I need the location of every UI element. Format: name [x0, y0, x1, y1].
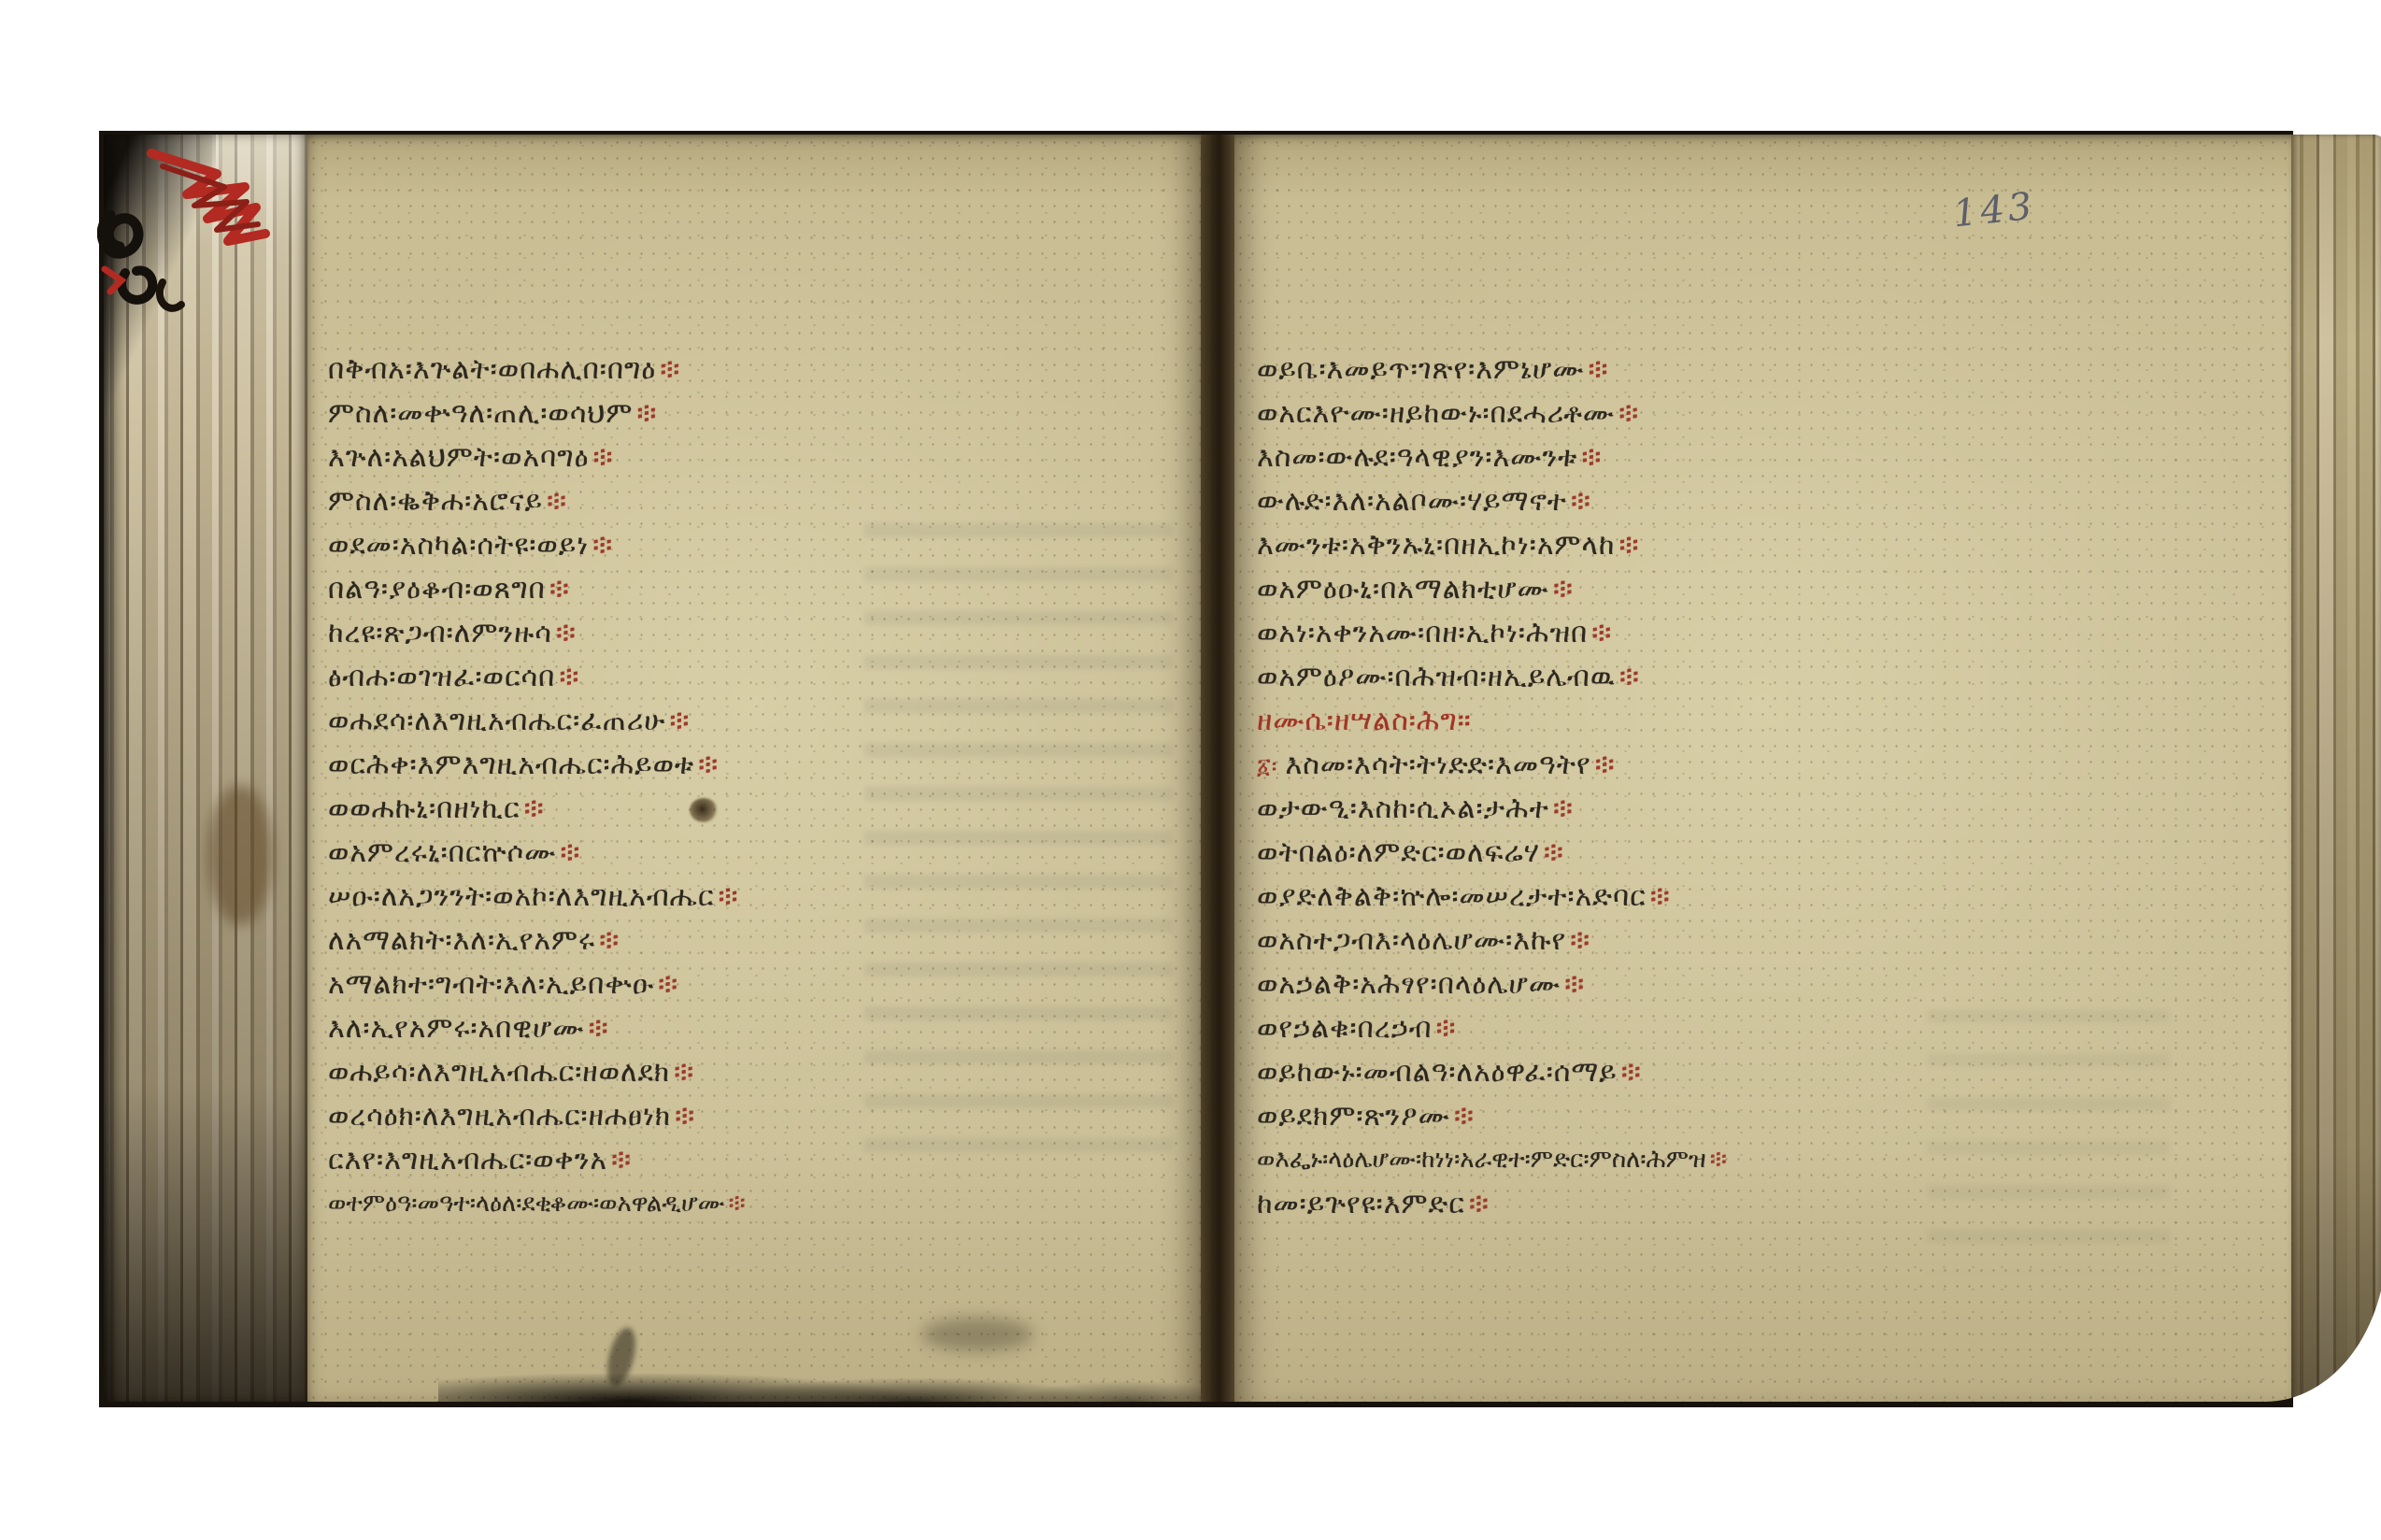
verse-number: ፩፡	[1257, 753, 1277, 779]
section-separator-mark: ፨	[1589, 353, 1609, 386]
line-text: ወርሕቀ፡እምእግዚአብሔር፡ሕይወቱ	[328, 749, 694, 781]
line-text: እለ፡ኢየአምሩ፡አበዊሆሙ	[328, 1012, 585, 1045]
line-text: እሙንቱ፡አቅንኡኒ፡በዘኢኮነ፡አምላከ	[1257, 529, 1615, 562]
section-separator-mark: ፨	[1544, 836, 1564, 869]
manuscript-line: ወይደክም፡ጽንዖሙ፨	[1257, 1094, 2280, 1138]
section-separator-mark: ፨	[1564, 968, 1585, 1001]
section-separator-mark: ፨	[524, 792, 545, 825]
line-text: ወአምረሩኒ፡በርኵሶሙ	[328, 836, 556, 869]
manuscript-line: ወይቤ፡እመይጥ፡ገጽየ፡እምኔሆሙ፨	[1257, 348, 2280, 392]
section-separator-mark: ፨	[1553, 792, 1574, 825]
section-separator-mark: ፨	[611, 1144, 632, 1176]
section-separator-mark: ፨	[1436, 1012, 1457, 1045]
manuscript-line: ወርሕቀ፡እምእግዚአብሔር፡ሕይወቱ፨	[328, 743, 1188, 787]
line-text: ወይቤ፡እመይጥ፡ገጽየ፡እምኔሆሙ	[1257, 353, 1585, 386]
section-separator-mark: ፨	[1553, 573, 1574, 606]
line-text: ወአምዕዑኒ፡በአማልክቲሆሙ	[1257, 573, 1549, 606]
section-separator-mark: ፨	[589, 1012, 609, 1045]
line-text: ወአርእዮሙ፡ዘይከውኑ፡በደሓሪቶሙ	[1257, 397, 1615, 430]
left-fore-edge	[104, 135, 307, 1402]
right-page-group: 143 ወይቤ፡እመይጥ፡ገጽየ፡እምኔሆሙ፨ወአርእዮሙ፡ዘይከውኑ፡በደሓሪ…	[1234, 135, 2381, 1402]
manuscript-line: በቅብአ፡እጕልት፡ወበሐሊበ፡በግዕ፨	[328, 348, 1188, 392]
left-page-text: በቅብአ፡እጕልት፡ወበሐሊበ፡በግዕ፨ምስለ፡መቍዓለ፡ጠሊ፡ወሳህም፨እጕለ…	[328, 348, 1188, 1226]
section-separator-mark: ፨	[1591, 617, 1612, 649]
section-separator-mark: ፨	[674, 1056, 694, 1089]
line-text: ወአምዕዖሙ፡በሕዝብ፡ዘኢይሌብዉ	[1257, 661, 1616, 693]
manuscript-line: ከረዩ፡ጽጋብ፡ለምንዙሳ፨	[328, 611, 1188, 655]
line-text: ወወሐኩኒ፡በዘነኪር	[328, 792, 520, 825]
manuscript-line: ለአማልክት፡እለ፡ኢየአምሩ፨	[328, 919, 1188, 962]
line-text: ወታውዒ፡እስከ፡ሲኦል፡ታሕተ	[1257, 792, 1549, 825]
line-text: ከረዩ፡ጽጋብ፡ለምንዙሳ	[328, 617, 552, 649]
manuscript-line: ሠዑ፡ለአጋንንት፡ወአኮ፡ለእግዚአብሔር፨	[328, 875, 1188, 919]
section-separator-mark: ፨	[559, 661, 579, 693]
manuscript-line: ወአኃልቅ፡አሕፃየ፡በላዕሌሆሙ፨	[1257, 962, 2280, 1006]
backdrop-shadow-wedge	[104, 135, 216, 415]
rubric-line: ዘሙሴ፡ዘሣልስ፡ሕግ።	[1257, 699, 2280, 743]
manuscript-line: ከመ፡ይጕየዩ፡እምድር፨	[1257, 1182, 2280, 1226]
binding-gutter	[1201, 135, 1234, 1402]
manuscript-line: ወታውዒ፡እስከ፡ሲኦል፡ታሕተ፨	[1257, 787, 2280, 831]
manuscript-line: ምስለ፡ቈቅሐ፡አሮናይ፨	[328, 479, 1188, 523]
section-separator-mark: ፨	[1595, 749, 1616, 781]
manuscript-line: ወአርእዮሙ፡ዘይከውኑ፡በደሓሪቶሙ፨	[1257, 392, 2280, 435]
section-separator-mark: ፨	[1710, 1146, 1727, 1174]
section-separator-mark: ፨	[636, 397, 657, 430]
section-separator-mark: ፨	[592, 529, 613, 562]
line-text: እስመ፡እሳት፡ትነድድ፡እመዓትየ	[1285, 749, 1590, 781]
line-text: ወአስተጋብእ፡ላዕሌሆሙ፡እኩየ	[1257, 924, 1566, 957]
section-separator-mark: ፨	[669, 705, 690, 737]
manuscript-line: ወደመ፡አስካል፡ሰትዩ፡ወይነ፨	[328, 523, 1188, 567]
line-text: ለአማልክት፡እለ፡ኢየአምሩ	[328, 924, 595, 957]
section-separator-mark: ፨	[1469, 1188, 1490, 1220]
section-separator-mark: ፨	[592, 441, 613, 474]
section-separator-mark: ፨	[1581, 441, 1602, 474]
line-text: ወአነ፡አቀንአሙ፡በዘ፡ኢኮነ፡ሕዝበ	[1257, 617, 1588, 649]
line-text: ፅብሐ፡ወገዝፈ፡ወርሳበ	[328, 661, 555, 693]
manuscript-line: ወሐይሳ፡ለእግዚአብሔር፡ዘወለደክ፨	[328, 1050, 1188, 1094]
line-text: ወሐደሳ፡ለእግዚአብሔር፡ፈጠሪሁ	[328, 705, 665, 737]
bottom-edge-shadow	[438, 1374, 1201, 1402]
section-separator-mark: ፨	[599, 924, 620, 957]
manuscript-line: ወአስተጋብእ፡ላዕሌሆሙ፡እኩየ፨	[1257, 919, 2280, 962]
manuscript-line: በልዓ፡ያዕቆብ፡ወጸግበ፨	[328, 567, 1188, 611]
manuscript-line: እለ፡ኢየአምሩ፡አበዊሆሙ፨	[328, 1006, 1188, 1050]
line-text: ወይደክም፡ጽንዖሙ	[1257, 1100, 1450, 1133]
line-text: ዘሙሴ፡ዘሣልስ፡ሕግ።	[1257, 705, 1472, 737]
line-text: ወደመ፡አስካል፡ሰትዩ፡ወይነ	[328, 529, 589, 562]
manuscript-book: በቅብአ፡እጕልት፡ወበሐሊበ፡በግዕ፨ምስለ፡መቍዓለ፡ጠሊ፡ወሳህም፨እጕለ…	[99, 131, 2293, 1407]
manuscript-line: ወያድለቅልቅ፡ኵሎ፡መሠረታተ፡አድባር፨	[1257, 875, 2280, 919]
folio-number: 143	[1951, 185, 2038, 236]
right-page: 143 ወይቤ፡እመይጥ፡ገጽየ፡እምኔሆሙ፨ወአርእዮሙ፡ዘይከውኑ፡በደሓሪ…	[1234, 135, 2291, 1402]
manuscript-line: ወእፌኑ፡ላዕሌሆሙ፡ከነነ፡አራዊተ፡ምድር፡ምስለ፡ሕምዝ፨	[1257, 1138, 2280, 1182]
section-separator-mark: ፨	[1454, 1100, 1475, 1133]
line-text: ከመ፡ይጕየዩ፡እምድር	[1257, 1188, 1465, 1220]
manuscript-line: ወይከውኑ፡መብልዓ፡ለአዕዋፈ፡ሰማይ፨	[1257, 1050, 2280, 1094]
line-text: ወይከውኑ፡መብልዓ፡ለአዕዋፈ፡ሰማይ	[1257, 1056, 1618, 1089]
section-separator-mark: ፨	[1621, 1056, 1642, 1089]
section-separator-mark: ፨	[549, 573, 570, 606]
manuscript-line: እጕለ፡አልህምት፡ወአባግዕ፨	[328, 435, 1188, 479]
section-separator-mark: ፨	[556, 617, 577, 649]
manuscript-line: አማልክተ፡ግብት፡እለ፡ኢይበቍዑ፨	[328, 962, 1188, 1006]
line-text: ወተምዕዓ፡መዓተ፡ላዕለ፡ደቂቆሙ፡ወአዋልዲሆሙ	[328, 1190, 724, 1218]
line-text: እጕለ፡አልህምት፡ወአባግዕ	[328, 441, 589, 474]
line-text: ምስለ፡ቈቅሐ፡አሮናይ	[328, 485, 543, 518]
line-text: ወየኃልቁ፡በረኃብ	[1257, 1012, 1433, 1045]
manuscript-line: ወአምረሩኒ፡በርኵሶሙ፨	[328, 831, 1188, 875]
manuscript-line: ወየኃልቁ፡በረኃብ፨	[1257, 1006, 2280, 1050]
manuscript-line: ወረሳዕክ፡ለእግዚአብሔር፡ዘሐፀነክ፨	[328, 1094, 1188, 1138]
line-text: ወትበልዕ፡ለምድር፡ወለፍሬሃ	[1257, 836, 1540, 869]
right-page-edges	[2291, 135, 2381, 1402]
line-text: ርእየ፡እግዚአብሔር፡ወቀንአ	[328, 1144, 607, 1176]
manuscript-line: ወተምዕዓ፡መዓተ፡ላዕለ፡ደቂቆሙ፡ወአዋልዲሆሙ፨	[328, 1182, 1188, 1226]
manuscript-line: ፅብሐ፡ወገዝፈ፡ወርሳበ፨	[328, 655, 1188, 699]
section-separator-mark: ፨	[1650, 880, 1671, 913]
manuscript-line: ወአምዕዖሙ፡በሕዝብ፡ዘኢይሌብዉ፨	[1257, 655, 2280, 699]
line-text: ወረሳዕክ፡ለእግዚአብሔር፡ዘሐፀነክ	[328, 1100, 671, 1133]
left-page: በቅብአ፡እጕልት፡ወበሐሊበ፡በግዕ፨ምስለ፡መቍዓለ፡ጠሊ፡ወሳህም፨እጕለ…	[307, 135, 1201, 1402]
section-separator-mark: ፨	[547, 485, 567, 518]
manuscript-line: ወአምዕዑኒ፡በአማልክቲሆሙ፨	[1257, 567, 2280, 611]
section-separator-mark: ፨	[1571, 485, 1591, 518]
section-separator-mark: ፨	[675, 1100, 695, 1133]
manuscript-line: ወትበልዕ፡ለምድር፡ወለፍሬሃ፨	[1257, 831, 2280, 875]
line-text: ወእፌኑ፡ላዕሌሆሙ፡ከነነ፡አራዊተ፡ምድር፡ምስለ፡ሕምዝ	[1257, 1146, 1706, 1174]
section-separator-mark: ፨	[728, 1190, 745, 1218]
line-text: አማልክተ፡ግብት፡እለ፡ኢይበቍዑ	[328, 968, 654, 1001]
manuscript-line: እስመ፡ውሉደ፡ዓላዊያን፡እሙንቱ፨	[1257, 435, 2280, 479]
section-separator-mark: ፨	[718, 880, 738, 913]
right-page-text: ወይቤ፡እመይጥ፡ገጽየ፡እምኔሆሙ፨ወአርእዮሙ፡ዘይከውኑ፡በደሓሪቶሙ፨እ…	[1257, 348, 2280, 1226]
manuscript-line: ወአነ፡አቀንአሙ፡በዘ፡ኢኮነ፡ሕዝበ፨	[1257, 611, 2280, 655]
line-text: ወያድለቅልቅ፡ኵሎ፡መሠረታተ፡አድባር	[1257, 880, 1647, 913]
line-text: ምስለ፡መቍዓለ፡ጠሊ፡ወሳህም	[328, 397, 633, 430]
manuscript-line: ውሉድ፡እለ፡አልቦሙ፡ሃይማኖተ፨	[1257, 479, 2280, 523]
manuscript-line: ርእየ፡እግዚአብሔር፡ወቀንአ፨	[328, 1138, 1188, 1182]
line-text: ወሐይሳ፡ለእግዚአብሔር፡ዘወለደክ	[328, 1056, 670, 1089]
line-text: ወአኃልቅ፡አሕፃየ፡በላዕሌሆሙ	[1257, 968, 1561, 1001]
manuscript-line: እሙንቱ፡አቅንኡኒ፡በዘኢኮነ፡አምላከ፨	[1257, 523, 2280, 567]
section-separator-mark: ፨	[1618, 529, 1639, 562]
section-separator-mark: ፨	[698, 749, 719, 781]
line-text: በቅብአ፡እጕልት፡ወበሐሊበ፡በግዕ	[328, 353, 656, 386]
line-text: እስመ፡ውሉደ፡ዓላዊያን፡እሙንቱ	[1257, 441, 1577, 474]
manuscript-line: ወሐደሳ፡ለእግዚአብሔር፡ፈጠሪሁ፨	[328, 699, 1188, 743]
line-text: ሠዑ፡ለአጋንንት፡ወአኮ፡ለእግዚአብሔር	[328, 880, 714, 913]
section-separator-mark: ፨	[560, 836, 580, 869]
manuscript-line: ፩፡እስመ፡እሳት፡ትነድድ፡እመዓትየ፨	[1257, 743, 2280, 787]
scanned-book-photo: በቅብአ፡እጕልት፡ወበሐሊበ፡በግዕ፨ምስለ፡መቍዓለ፡ጠሊ፡ወሳህም፨እጕለ…	[0, 0, 2381, 1540]
section-separator-mark: ፨	[1570, 924, 1590, 957]
manuscript-line: ወወሐኩኒ፡በዘነኪር፨	[328, 787, 1188, 831]
section-separator-mark: ፨	[1618, 397, 1639, 430]
section-separator-mark: ፨	[1619, 661, 1640, 693]
section-separator-mark: ፨	[660, 353, 680, 386]
manuscript-line: ምስለ፡መቍዓለ፡ጠሊ፡ወሳህም፨	[328, 392, 1188, 435]
line-text: በልዓ፡ያዕቆብ፡ወጸግበ	[328, 573, 546, 606]
section-separator-mark: ፨	[658, 968, 678, 1001]
line-text: ውሉድ፡እለ፡አልቦሙ፡ሃይማኖተ	[1257, 485, 1567, 518]
